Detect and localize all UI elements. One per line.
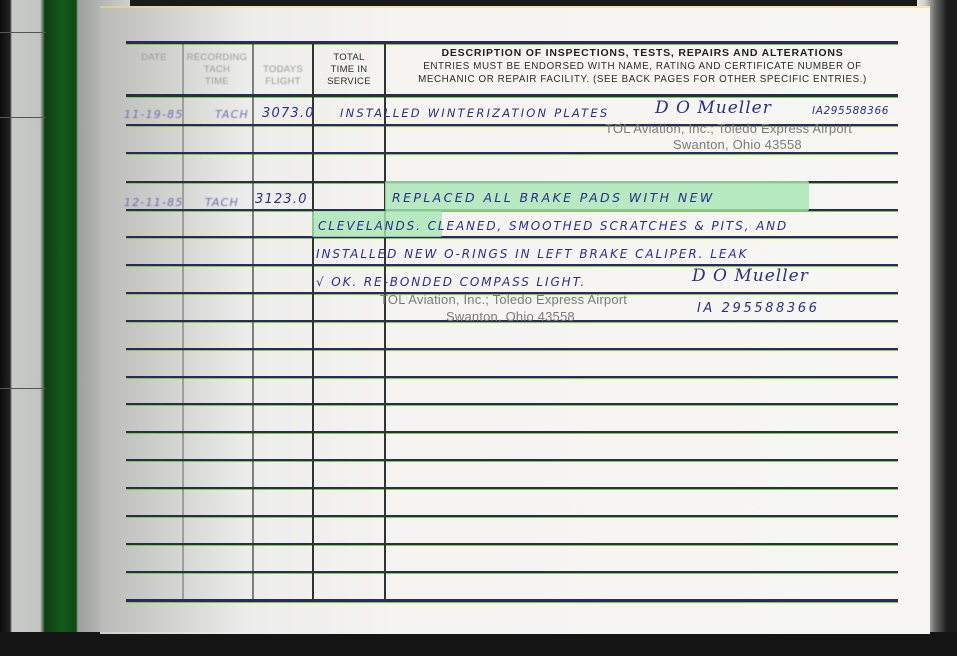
header-date: DATE: [128, 52, 180, 88]
ruled-line: [126, 348, 898, 351]
entry-2-description-line4: √ OK. RE-BONDED COMPASS LIGHT.: [316, 275, 586, 289]
column-divider: [312, 41, 314, 601]
ruled-line: [126, 571, 898, 574]
entry-2-tach-label: TACH: [205, 196, 239, 209]
entry-1-tach-label: TACH: [215, 108, 249, 121]
entry-2-certificate: IA 295588366: [697, 301, 820, 316]
header-description-title: DESCRIPTION OF INSPECTIONS, TESTS, REPAI…: [385, 47, 900, 59]
entry-1-description: INSTALLED WINTERIZATION PLATES: [340, 106, 609, 120]
entry-2-tach-time: 3123.0: [255, 192, 308, 207]
ruled-line: [126, 376, 898, 379]
entry-2-description-line2: CLEVELANDS. CLEANED, SMOOTHED SCRATCHES …: [318, 219, 788, 233]
entry-1-stamp-line1: TOL Aviation, Inc.; Toledo Express Airpo…: [605, 121, 852, 136]
ruled-line: [126, 152, 898, 155]
ruled-line: [126, 515, 898, 518]
entry-1-tach-time: 3073.0: [262, 106, 315, 121]
ruled-line: [126, 236, 898, 239]
ruled-line: [126, 94, 898, 98]
header-recording-tach-time: RECORDING TACH TIME: [182, 52, 252, 88]
entry-2-description-line1: REPLACED ALL BRAKE PADS WITH NEW: [392, 190, 715, 205]
column-divider: [252, 41, 254, 601]
entry-1-date: 11-19-85: [124, 108, 184, 121]
column-divider: [384, 41, 386, 601]
entry-2-signature: D O Mueller: [692, 266, 809, 286]
header-description-subtitle: ENTRIES MUST BE ENDORSED WITH NAME, RATI…: [385, 61, 900, 86]
ruled-line: [126, 599, 898, 603]
ruled-line: [126, 487, 898, 490]
header-total-time-in-service: TOTAL TIME IN SERVICE: [314, 52, 384, 88]
column-divider: [182, 41, 184, 601]
header-todays-flight: TODAYS FLIGHT: [254, 64, 312, 88]
entry-1-certificate: IA295588366: [812, 105, 889, 117]
entry-2-date: 12-11-85: [124, 196, 184, 209]
entry-2-description-line3: INSTALLED NEW O-RINGS IN LEFT BRAKE CALI…: [316, 247, 748, 261]
entry-1-stamp-line2: Swanton, Ohio 43558: [673, 137, 802, 152]
ruled-line: [126, 403, 898, 406]
entry-2-stamp-line2: Swanton, Ohio 43558: [446, 309, 575, 324]
ruled-line: [126, 41, 898, 45]
ruled-line: [126, 431, 898, 434]
ruled-line: [126, 459, 898, 462]
entry-1-signature: D O Mueller: [655, 98, 772, 118]
background-bottom-edge: [0, 632, 957, 656]
ruled-line: [126, 543, 898, 546]
entry-2-stamp-line1: TOL Aviation, Inc.; Toledo Express Airpo…: [380, 292, 627, 307]
